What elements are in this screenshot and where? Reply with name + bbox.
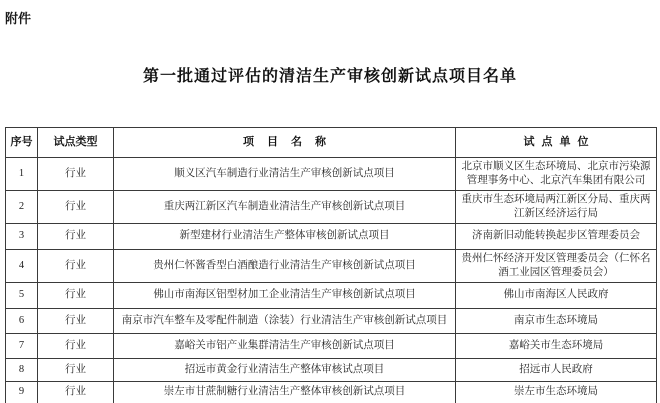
cell-type: 行业 bbox=[38, 309, 114, 334]
table-header-row: 序号 试点类型 项目名称 试点单位 bbox=[6, 128, 657, 158]
header-no: 序号 bbox=[6, 128, 38, 158]
table-row: 5 行业 佛山市南海区铝型材加工企业清洁生产审核创新试点项目 佛山市南海区人民政… bbox=[6, 283, 657, 309]
pilot-projects-table: 序号 试点类型 项目名称 试点单位 1 行业 顺义区汽车制造行业清洁生产审核创新… bbox=[5, 127, 657, 403]
cell-unit: 招远市人民政府 bbox=[456, 359, 657, 382]
cell-unit: 北京市顺义区生态环境局、北京市污染源管理事务中心、北京汽车集团有限公司 bbox=[456, 158, 657, 191]
table-row: 1 行业 顺义区汽车制造行业清洁生产审核创新试点项目 北京市顺义区生态环境局、北… bbox=[6, 158, 657, 191]
cell-unit: 崇左市生态环境局 bbox=[456, 382, 657, 403]
cell-type: 行业 bbox=[38, 359, 114, 382]
cell-project: 嘉峪关市铝产业集群清洁生产审核创新试点项目 bbox=[114, 334, 456, 359]
cell-unit: 嘉峪关市生态环境局 bbox=[456, 334, 657, 359]
cell-no: 2 bbox=[6, 191, 38, 224]
table-row: 8 行业 招远市黄金行业清洁生产整体审核试点项目 招远市人民政府 bbox=[6, 359, 657, 382]
table-row: 6 行业 南京市汽车整车及零配件制造（涂装）行业清洁生产审核创新试点项目 南京市… bbox=[6, 309, 657, 334]
header-project: 项目名称 bbox=[114, 128, 456, 158]
cell-no: 1 bbox=[6, 158, 38, 191]
cell-no: 3 bbox=[6, 224, 38, 250]
table-row: 9 行业 崇左市甘蔗制糖行业清洁生产整体审核创新试点项目 崇左市生态环境局 bbox=[6, 382, 657, 403]
cell-no: 6 bbox=[6, 309, 38, 334]
table-row: 7 行业 嘉峪关市铝产业集群清洁生产审核创新试点项目 嘉峪关市生态环境局 bbox=[6, 334, 657, 359]
cell-project: 顺义区汽车制造行业清洁生产审核创新试点项目 bbox=[114, 158, 456, 191]
cell-no: 8 bbox=[6, 359, 38, 382]
cell-project: 重庆两江新区汽车制造业清洁生产审核创新试点项目 bbox=[114, 191, 456, 224]
cell-project: 招远市黄金行业清洁生产整体审核试点项目 bbox=[114, 359, 456, 382]
cell-type: 行业 bbox=[38, 250, 114, 283]
cell-project: 崇左市甘蔗制糖行业清洁生产整体审核创新试点项目 bbox=[114, 382, 456, 403]
cell-no: 5 bbox=[6, 283, 38, 309]
cell-type: 行业 bbox=[38, 334, 114, 359]
cell-project: 新型建材行业清洁生产整体审核创新试点项目 bbox=[114, 224, 456, 250]
table-row: 3 行业 新型建材行业清洁生产整体审核创新试点项目 济南新旧动能转换起步区管理委… bbox=[6, 224, 657, 250]
cell-unit: 贵州仁怀经济开发区管理委员会（仁怀名酒工业园区管理委员会） bbox=[456, 250, 657, 283]
cell-project: 南京市汽车整车及零配件制造（涂装）行业清洁生产审核创新试点项目 bbox=[114, 309, 456, 334]
cell-no: 4 bbox=[6, 250, 38, 283]
table-row: 4 行业 贵州仁怀酱香型白酒酿造行业清洁生产审核创新试点项目 贵州仁怀经济开发区… bbox=[6, 250, 657, 283]
cell-no: 9 bbox=[6, 382, 38, 403]
cell-project: 佛山市南海区铝型材加工企业清洁生产审核创新试点项目 bbox=[114, 283, 456, 309]
table-row: 2 行业 重庆两江新区汽车制造业清洁生产审核创新试点项目 重庆市生态环境局两江新… bbox=[6, 191, 657, 224]
cell-type: 行业 bbox=[38, 191, 114, 224]
header-type: 试点类型 bbox=[38, 128, 114, 158]
cell-type: 行业 bbox=[38, 158, 114, 191]
cell-unit: 重庆市生态环境局两江新区分局、重庆两江新区经济运行局 bbox=[456, 191, 657, 224]
cell-project: 贵州仁怀酱香型白酒酿造行业清洁生产审核创新试点项目 bbox=[114, 250, 456, 283]
attachment-label: 附件 bbox=[5, 8, 31, 27]
page-title: 第一批通过评估的清洁生产审核创新试点项目名单 bbox=[0, 63, 660, 86]
cell-unit: 佛山市南海区人民政府 bbox=[456, 283, 657, 309]
cell-unit: 济南新旧动能转换起步区管理委员会 bbox=[456, 224, 657, 250]
cell-type: 行业 bbox=[38, 224, 114, 250]
cell-type: 行业 bbox=[38, 283, 114, 309]
cell-unit: 南京市生态环境局 bbox=[456, 309, 657, 334]
header-unit: 试点单位 bbox=[456, 128, 657, 158]
cell-type: 行业 bbox=[38, 382, 114, 403]
cell-no: 7 bbox=[6, 334, 38, 359]
